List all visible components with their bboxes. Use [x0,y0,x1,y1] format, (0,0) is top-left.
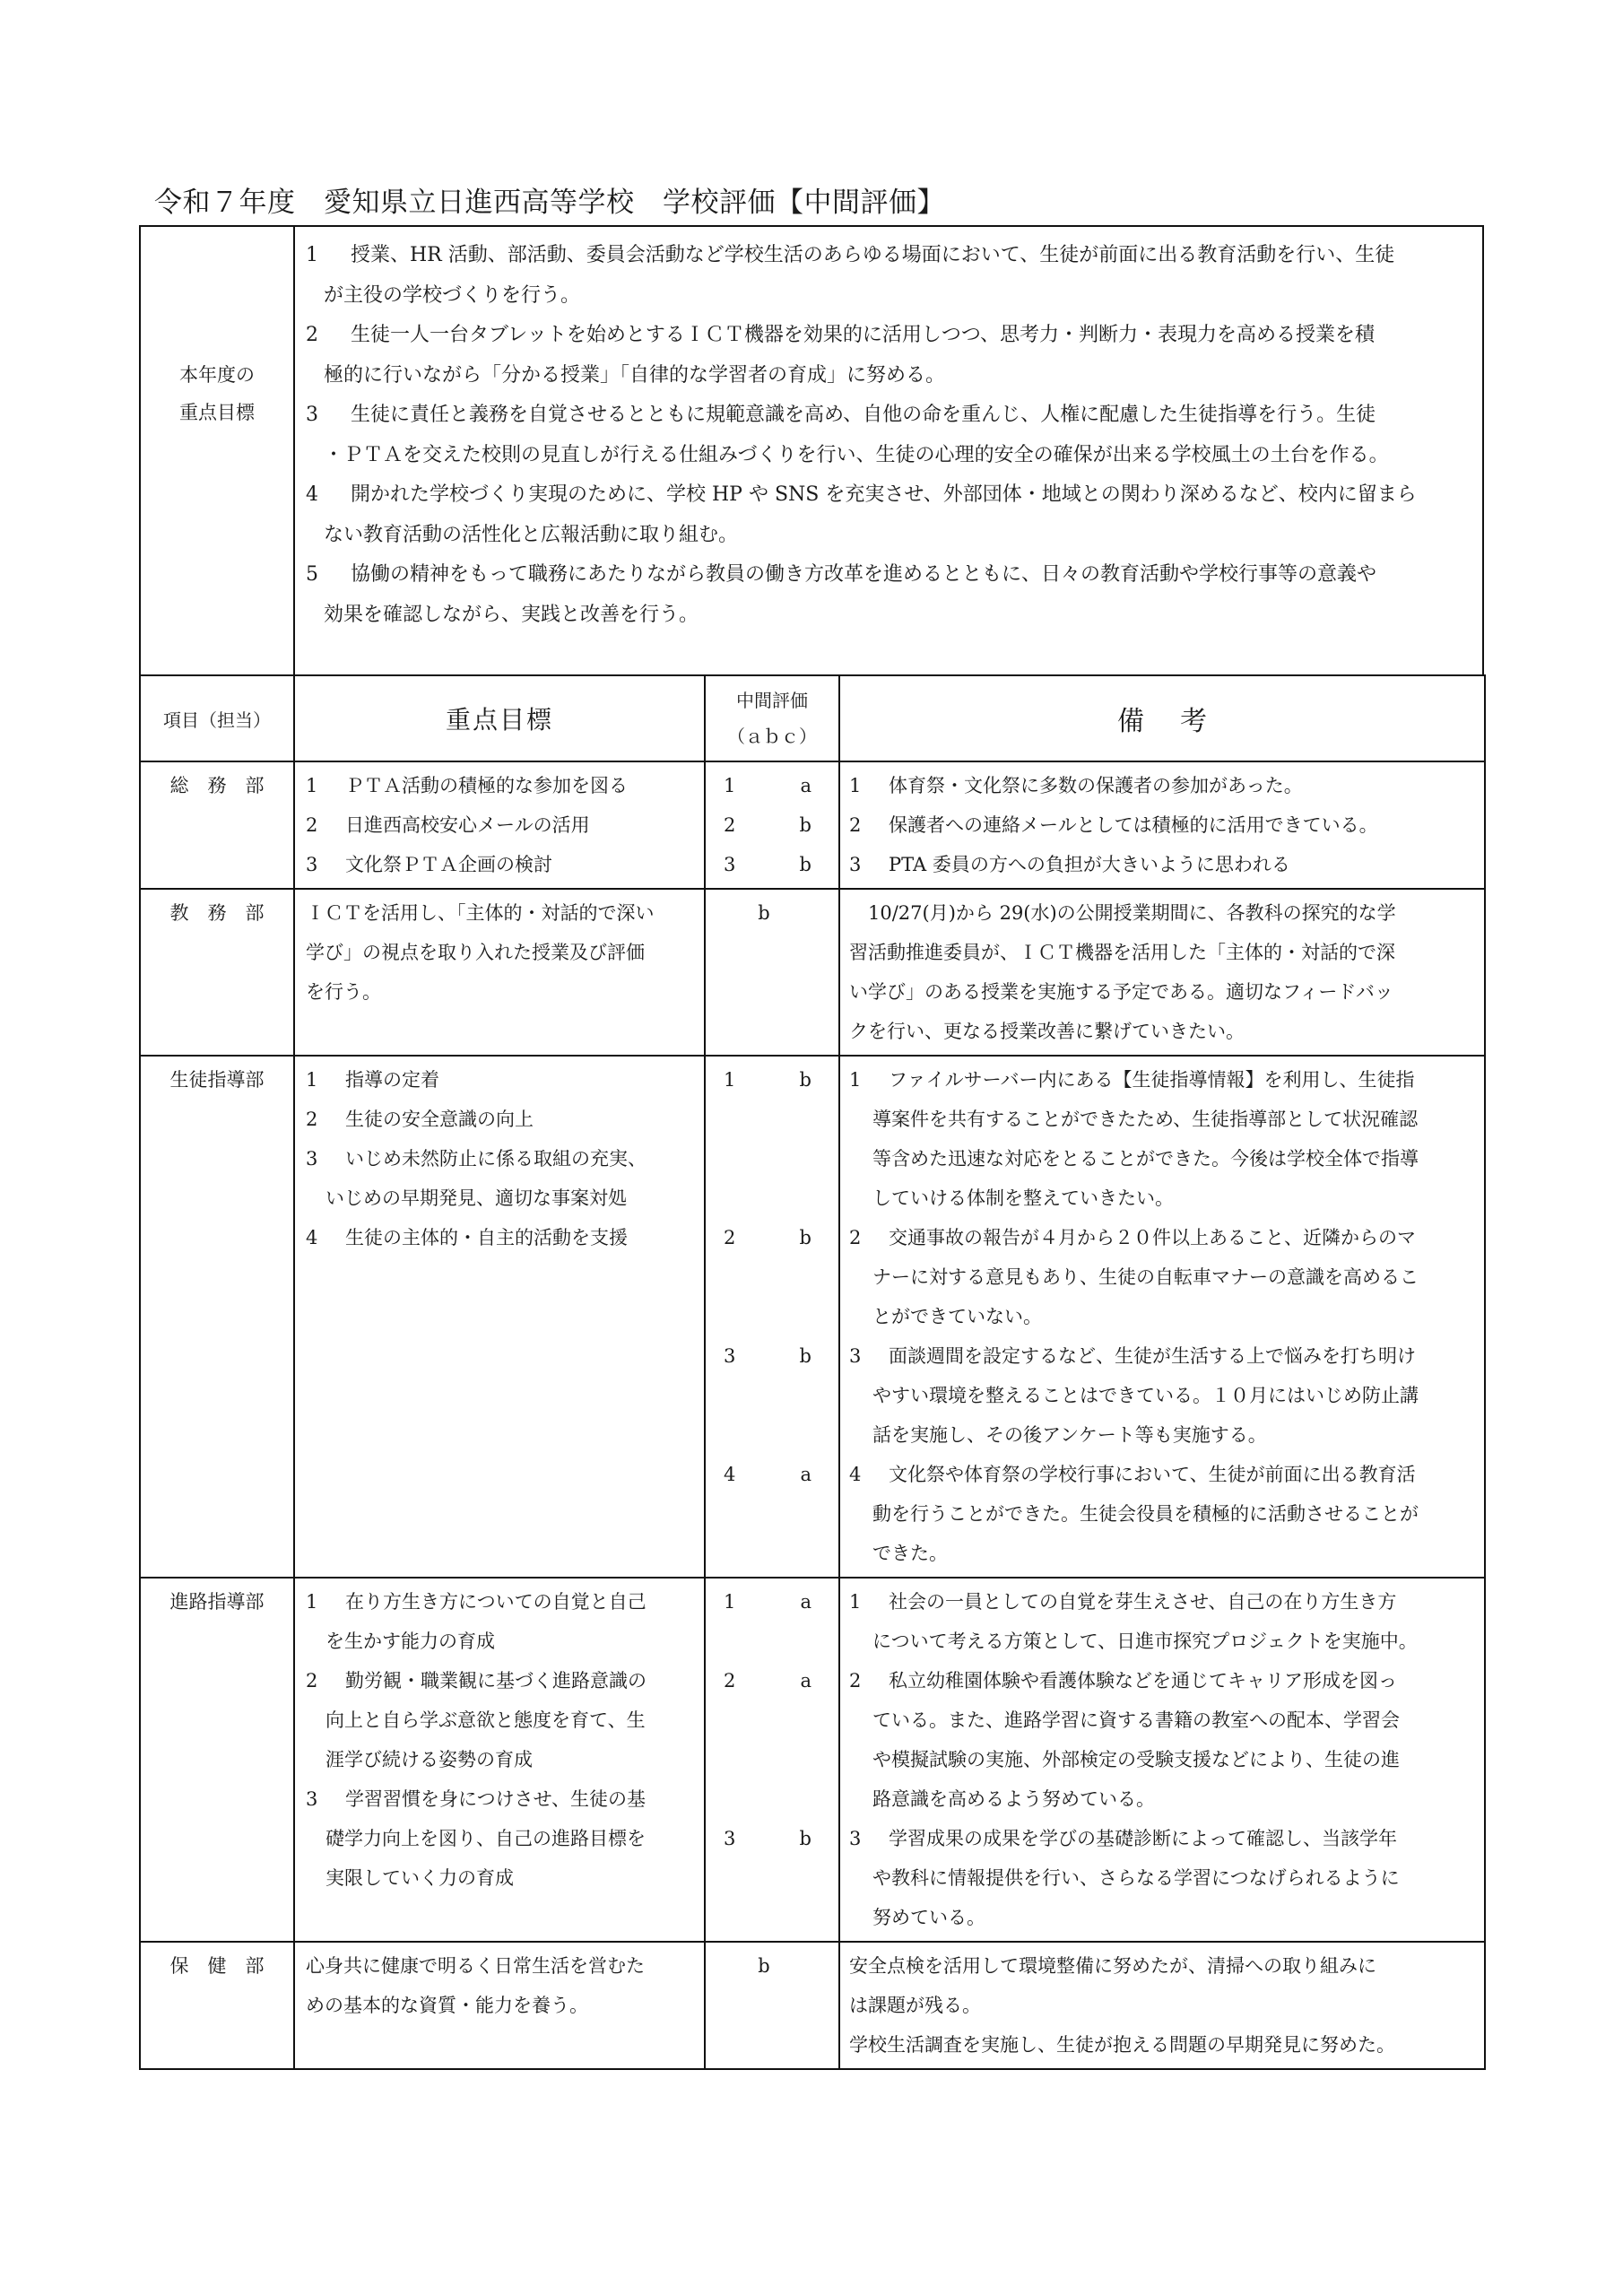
note-line: していける体制を整えていきたい。 [849,1178,1477,1218]
note-text: や模擬試験の実施、外部検定の受験支援などにより、生徒の進 [872,1749,1400,1770]
note-line: 3学習成果の成果を学びの基礎診断によって確認し、当該学年 [849,1819,1477,1858]
header-rating: 中間評価 （ａｂｃ） [705,675,839,761]
rating-value: b [800,1060,811,1100]
dept-cell: 教 務 部 [140,889,294,1056]
goal-line: 1ＰＴＡ活動の積極的な参加を図る [306,766,704,805]
rating-row [706,1740,838,1779]
note-text: について考える方策として、日進市探究プロジェクトを実施中。 [872,1631,1418,1652]
rating-value: b [800,1218,811,1257]
rating-row [706,1139,838,1178]
annual-goal-line: 2生徒一人一台タブレットを始めとするＩＣＴ機器を効果的に活用しつつ、思考力・判断… [306,316,1473,356]
goal-line: 向上と自ら学ぶ意欲と態度を育て、生 [306,1700,704,1740]
note-text: 文化祭や体育祭の学校行事において、生徒が前面に出る教育活 [889,1464,1416,1485]
goal-line: 1在り方生き方についての自覚と自己 [306,1582,704,1622]
note-number: 3 [849,1336,889,1376]
goal-text: 礎学力向上を図り、自己の進路目標を [325,1828,646,1849]
rating-number: 2 [724,1218,735,1257]
goal-line: を行う。 [306,972,704,1012]
rating-value: a [800,1582,811,1622]
notes-cell: 10/27(月)から 29(水)の公開授業期間に、各教科の探究的な学習活動推進委… [839,889,1485,1056]
rating-number: 2 [724,805,735,845]
rating-row: 4a [706,1455,838,1494]
rating-row: 3b [706,845,838,884]
goal-line: 3学習習慣を身につけさせ、生徒の基 [306,1779,704,1819]
item-number: 1 [306,1582,345,1622]
rating-row: 2b [706,1218,838,1257]
rating-row [706,1178,838,1218]
note-number: 2 [849,805,889,845]
goal-text: 学習習慣を身につけさせ、生徒の基 [345,1788,646,1810]
goal-text: 開かれた学校づくり実現のために、学校 HP や SNS を充実させ、外部団体・地… [351,483,1417,506]
note-line: 3PTA 委員の方への負担が大きいように思われる [849,845,1477,884]
header-rating-line2: （ａｂｃ） [706,718,838,754]
rating-number: 3 [724,1819,735,1858]
note-line: 2交通事故の報告が４月から２０件以上あること、近隣からのマ [849,1218,1477,1257]
note-number: 2 [849,1218,889,1257]
goal-text: が主役の学校づくりを行う。 [324,284,580,307]
goal-line: 3文化祭ＰＴＡ企画の検討 [306,845,704,884]
note-text: できた。 [872,1543,948,1564]
goal-text: を生かす能力の育成 [325,1631,495,1652]
goal-line: 学び」の視点を取り入れた授業及び評価 [306,933,704,972]
annual-goal-line: 5協働の精神をもって職務にあたりながら教員の働き方改革を進めるとともに、日々の教… [306,555,1473,596]
note-text: 安全点検を活用して環境整備に努めたが、清掃への取り組みに [849,1955,1376,1977]
item-number: 2 [306,1100,345,1139]
note-line: ている。また、進路学習に資する書籍の教室への配本、学習会 [849,1700,1477,1740]
goal-text: 生徒一人一台タブレットを始めとするＩＣＴ機器を効果的に活用しつつ、思考力・判断力… [351,324,1375,346]
goal-number: 1 [306,236,351,276]
rating-number: 1 [724,1060,735,1100]
goal-text: 協働の精神をもって職務にあたりながら教員の働き方改革を進めるとともに、日々の教育… [351,563,1376,586]
goal-number: 3 [306,396,351,436]
note-line: 等含めた迅速な対応をとることができた。今後は学校全体で指導 [849,1139,1477,1178]
note-text: 面談週間を設定するなど、生徒が生活する上で悩みを打ち明け [889,1345,1416,1367]
goal-line: いじめの早期発見、適切な事案対処 [306,1178,704,1218]
annual-goal-line: 1授業、HR 活動、部活動、委員会活動など学校生活のあらゆる場面において、生徒が… [306,236,1473,276]
item-number: 3 [306,1139,345,1178]
goal-text: 効果を確認しながら、実践と改善を行う。 [324,604,699,626]
note-line: 10/27(月)から 29(水)の公開授業期間に、各教科の探究的な学 [849,893,1477,933]
item-number: 1 [306,1060,345,1100]
note-text: とができていない。 [872,1306,1042,1327]
goal-text: 心身共に健康で明るく日常生活を営むた [306,1955,645,1977]
note-line: クを行い、更なる授業改善に繋げていきたい。 [849,1012,1477,1051]
item-number: 4 [306,1218,345,1257]
goal-text: 勤労観・職業観に基づく進路意識の [345,1670,647,1692]
annual-goals-label: 本年度の 重点目標 [141,227,295,674]
rating-cell: b [705,1942,839,2069]
goal-line: 3いじめ未然防止に係る取組の充実、 [306,1139,704,1178]
goal-text: ない教育活動の活性化と広報活動に取り組む。 [324,524,738,546]
note-line: 1ファイルサーバー内にある【生徒指導情報】を利用し、生徒指 [849,1060,1477,1100]
rating-value: b [800,805,811,845]
note-text: 私立幼稚園体験や看護体験などを通じてキャリア形成を図っ [889,1670,1397,1692]
goal-text: 涯学び続ける姿勢の育成 [325,1749,533,1770]
note-text: 路意識を高めるよう努めている。 [872,1788,1155,1810]
goal-line: 2生徒の安全意識の向上 [306,1100,704,1139]
annual-goals-label-line1: 本年度の [141,361,293,388]
note-line: とができていない。 [849,1297,1477,1336]
item-number: 3 [306,845,345,884]
goal-text: 向上と自ら学ぶ意欲と態度を育て、生 [325,1709,646,1731]
goal-text: 生徒に責任と義務を自覚させるとともに規範意識を高め、自他の命を重んじ、人権に配慮… [351,404,1376,426]
goal-text: 日進西高校安心メールの活用 [345,814,590,836]
notes-cell: 1体育祭・文化祭に多数の保護者の参加があった。2保護者への連絡メールとしては積極… [839,761,1485,889]
dept-cell: 生徒指導部 [140,1056,294,1578]
goal-number: 4 [306,475,351,516]
goal-line: 礎学力向上を図り、自己の進路目標を [306,1819,704,1858]
rating-row [706,1779,838,1819]
rating-value: a [800,1661,811,1700]
rating-value: a [800,1455,811,1494]
note-line: 努めている。 [849,1898,1477,1937]
goal-text: 在り方生き方についての自覚と自己 [345,1591,647,1613]
note-line: や教科に情報提供を行い、さらなる学習につなげられるように [849,1858,1477,1898]
note-text: 努めている。 [872,1907,985,1928]
rating-cell: 1b2b3b4a [705,1056,839,1578]
note-line: ナーに対する意見もあり、生徒の自転車マナーの意識を高めるこ [849,1257,1477,1297]
goal-text: 極的に行いながら「分かる授業」「自律的な学習者の育成」に努める。 [324,364,945,387]
annual-goal-line: 4開かれた学校づくり実現のために、学校 HP や SNS を充実させ、外部団体・… [306,475,1473,516]
rating-row [706,1622,838,1661]
note-line: 安全点検を活用して環境整備に努めたが、清掃への取り組みに [849,1946,1477,1986]
annual-goals-box: 本年度の 重点目標 1授業、HR 活動、部活動、委員会活動など学校生活のあらゆる… [139,225,1484,676]
goal-line: 実限していく力の育成 [306,1858,704,1898]
note-number: 1 [849,766,889,805]
goal-text: 生徒の安全意識の向上 [345,1109,534,1130]
item-number: 2 [306,1661,345,1700]
goal-line: 4生徒の主体的・自主的活動を支援 [306,1218,704,1257]
rating-number: 3 [724,845,735,884]
note-line: について考える方策として、日進市探究プロジェクトを実施中。 [849,1622,1477,1661]
goal-line: めの基本的な資質・能力を養う。 [306,1986,704,2025]
note-line: 1社会の一員としての自覚を芽生えさせ、自己の在り方生き方 [849,1582,1477,1622]
note-line: 4文化祭や体育祭の学校行事において、生徒が前面に出る教育活 [849,1455,1477,1494]
annual-goal-line: が主役の学校づくりを行う。 [306,276,1473,317]
rating-row: 2b [706,805,838,845]
header-rating-line1: 中間評価 [706,683,838,718]
table-row: 進路指導部1在り方生き方についての自覚と自己を生かす能力の育成2勤労観・職業観に… [140,1578,1485,1942]
rating-row: 2a [706,1661,838,1700]
note-line: 2保護者への連絡メールとしては積極的に活用できている。 [849,805,1477,845]
rating-row [706,1100,838,1139]
note-line: 学校生活調査を実施し、生徒が抱える問題の早期発見に努めた。 [849,2025,1477,2065]
dept-cell: 保 健 部 [140,1942,294,2069]
table-row: 教 務 部ＩＣＴを活用し、「主体的・対話的で深い学び」の視点を取り入れた授業及び… [140,889,1485,1056]
rating-row: 1a [706,1582,838,1622]
dept-cell: 進路指導部 [140,1578,294,1942]
goal-text: 指導の定着 [345,1069,439,1091]
goal-line: 1指導の定着 [306,1060,704,1100]
note-line: 習活動推進委員が、ＩＣＴ機器を活用した「主体的・対話的で深 [849,933,1477,972]
goal-text: を行う。 [306,981,381,1003]
note-number: 1 [849,1582,889,1622]
rating-number: 2 [724,1661,735,1700]
rating-number: 1 [724,1582,735,1622]
note-text: は課題が残る。 [849,1995,981,2016]
notes-cell: 1ファイルサーバー内にある【生徒指導情報】を利用し、生徒指導案件を共有することが… [839,1056,1485,1578]
note-number: 1 [849,1060,889,1100]
header-dept: 項目（担当） [140,675,294,761]
table-row: 総 務 部1ＰＴＡ活動の積極的な参加を図る2日進西高校安心メールの活用3文化祭Ｐ… [140,761,1485,889]
note-text: ファイルサーバー内にある【生徒指導情報】を利用し、生徒指 [889,1069,1415,1091]
note-text: 等含めた迅速な対応をとることができた。今後は学校全体で指導 [872,1148,1419,1170]
page-title: 令和７年度 愛知県立日進西高等学校 学校評価【中間評価】 [154,185,945,221]
rating-row [706,1415,838,1455]
goal-cell: 1ＰＴＡ活動の積極的な参加を図る2日進西高校安心メールの活用3文化祭ＰＴＡ企画の… [294,761,705,889]
goal-text: 授業、HR 活動、部活動、委員会活動など学校生活のあらゆる場面において、生徒が前… [351,244,1394,266]
goal-text: 生徒の主体的・自主的活動を支援 [345,1227,628,1248]
goal-cell: 1在り方生き方についての自覚と自己を生かす能力の育成2勤労観・職業観に基づく進路… [294,1578,705,1942]
evaluation-table: 項目（担当） 重点目標 中間評価 （ａｂｃ） 備考 総 務 部1ＰＴＡ活動の積極… [139,674,1486,2070]
rating-row: 1a [706,766,838,805]
rating-row [706,1297,838,1336]
note-line: 2私立幼稚園体験や看護体験などを通じてキャリア形成を図っ [849,1661,1477,1700]
item-number: 2 [306,805,345,845]
note-text: クを行い、更なる授業改善に繋げていきたい。 [849,1021,1245,1042]
rating-value: b [800,845,811,884]
goal-text: 学び」の視点を取り入れた授業及び評価 [306,942,645,963]
header-notes: 備考 [839,675,1485,761]
goal-text: 実限していく力の育成 [325,1867,514,1889]
note-line: 導案件を共有することができたため、生徒指導部として状況確認 [849,1100,1477,1139]
note-text: い学び」のある授業を実施する予定である。適切なフィードバッ [849,981,1393,1003]
note-text: 話を実施し、その後アンケート等も実施する。 [872,1424,1267,1446]
goal-text: いじめの早期発見、適切な事案対処 [325,1187,627,1209]
note-line: い学び」のある授業を実施する予定である。適切なフィードバッ [849,972,1477,1012]
note-text: PTA 委員の方への負担が大きいように思われる [889,854,1290,875]
goal-line: を生かす能力の育成 [306,1622,704,1661]
note-text: ている。また、進路学習に資する書籍の教室への配本、学習会 [872,1709,1400,1731]
note-text: やすい環境を整えることはできている。１０月にはいじめ防止講 [872,1385,1419,1406]
note-line: 1体育祭・文化祭に多数の保護者の参加があった。 [849,766,1477,805]
annual-goal-line: ・ＰＴＡを交えた校則の見直しが行える仕組みづくりを行い、生徒の心理的安全の確保が… [306,436,1473,476]
note-line: 路意識を高めるよう努めている。 [849,1779,1477,1819]
goal-text: いじめ未然防止に係る取組の充実、 [345,1148,647,1170]
note-text: 交通事故の報告が４月から２０件以上あること、近隣からのマ [889,1227,1416,1248]
dept-cell: 総 務 部 [140,761,294,889]
table-header-row: 項目（担当） 重点目標 中間評価 （ａｂｃ） 備考 [140,675,1485,761]
note-text: 動を行うことができた。生徒会役員を積極的に活動させることが [872,1503,1419,1525]
note-text: 保護者への連絡メールとしては積極的に活用できている。 [889,814,1378,836]
goal-cell: 1指導の定着2生徒の安全意識の向上3いじめ未然防止に係る取組の充実、いじめの早期… [294,1056,705,1578]
note-text: ナーに対する意見もあり、生徒の自転車マナーの意識を高めるこ [872,1266,1419,1288]
goal-line: 心身共に健康で明るく日常生活を営むた [306,1946,704,1986]
goal-cell: 心身共に健康で明るく日常生活を営むための基本的な資質・能力を養う。 [294,1942,705,2069]
notes-cell: 1社会の一員としての自覚を芽生えさせ、自己の在り方生き方について考える方策として… [839,1578,1485,1942]
goal-number: 2 [306,316,351,356]
note-text: 学校生活調査を実施し、生徒が抱える問題の早期発見に努めた。 [849,2034,1395,2056]
rating-number: 1 [724,766,735,805]
annual-goal-line: 効果を確認しながら、実践と改善を行う。 [306,596,1473,636]
note-text: 体育祭・文化祭に多数の保護者の参加があった。 [889,775,1303,796]
annual-goal-line: 3生徒に責任と義務を自覚させるとともに規範意識を高め、自他の命を重んじ、人権に配… [306,396,1473,436]
goal-line: ＩＣＴを活用し、「主体的・対話的で深い [306,893,704,933]
rating-cell: 1a2a3b [705,1578,839,1942]
notes-cell: 安全点検を活用して環境整備に努めたが、清掃への取り組みには課題が残る。学校生活調… [839,1942,1485,2069]
rating-value: b [800,1336,811,1376]
goal-text: ＰＴＡ活動の積極的な参加を図る [345,775,628,796]
note-text: していける体制を整えていきたい。 [872,1187,1174,1209]
note-number: 3 [849,845,889,884]
rating-number: 3 [724,1336,735,1376]
note-text: 社会の一員としての自覚を芽生えさせ、自己の在り方生き方 [889,1591,1396,1613]
note-text: 導案件を共有することができたため、生徒指導部として状況確認 [872,1109,1418,1130]
note-line: 動を行うことができた。生徒会役員を積極的に活動させることが [849,1494,1477,1534]
note-text: 習活動推進委員が、ＩＣＴ機器を活用した「主体的・対話的で深 [849,942,1395,963]
note-number: 3 [849,1819,889,1858]
rating-row: 3b [706,1336,838,1376]
rating-row [706,1376,838,1415]
goal-line: 2日進西高校安心メールの活用 [306,805,704,845]
rating-value: a [800,766,811,805]
rating-row [706,1257,838,1297]
note-line: できた。 [849,1534,1477,1573]
note-text: 学習成果の成果を学びの基礎診断によって確認し、当該学年 [889,1828,1397,1849]
annual-goal-line: 極的に行いながら「分かる授業」「自律的な学習者の育成」に努める。 [306,356,1473,396]
note-line: 3面談週間を設定するなど、生徒が生活する上で悩みを打ち明け [849,1336,1477,1376]
goal-text: ＩＣＴを活用し、「主体的・対話的で深い [306,902,655,924]
goal-text: めの基本的な資質・能力を養う。 [306,1995,588,2016]
rating-cell: 1a2b3b [705,761,839,889]
note-line: やすい環境を整えることはできている。１０月にはいじめ防止講 [849,1376,1477,1415]
rating-cell: b [705,889,839,1056]
note-line: や模擬試験の実施、外部検定の受験支援などにより、生徒の進 [849,1740,1477,1779]
rating-value: b [800,1819,811,1858]
note-text: 10/27(月)から 29(水)の公開授業期間に、各教科の探究的な学 [849,902,1396,924]
annual-goals-list: 1授業、HR 活動、部活動、委員会活動など学校生活のあらゆる場面において、生徒が… [306,236,1473,635]
goal-text: 文化祭ＰＴＡ企画の検討 [345,854,552,875]
note-line: は課題が残る。 [849,1986,1477,2025]
item-number: 1 [306,766,345,805]
rating-row: 1b [706,1060,838,1100]
table-row: 生徒指導部1指導の定着2生徒の安全意識の向上3いじめ未然防止に係る取組の充実、い… [140,1056,1485,1578]
goal-text: ・ＰＴＡを交えた校則の見直しが行える仕組みづくりを行い、生徒の心理的安全の確保が… [324,444,1389,466]
note-line: 話を実施し、その後アンケート等も実施する。 [849,1415,1477,1455]
annual-goals-label-line2: 重点目標 [141,399,293,426]
goal-number: 5 [306,555,351,596]
rating-row [706,1700,838,1740]
note-number: 2 [849,1661,889,1700]
rating-row: 3b [706,1819,838,1858]
header-goal: 重点目標 [294,675,705,761]
goal-line: 涯学び続ける姿勢の育成 [306,1740,704,1779]
goal-line: 2勤労観・職業観に基づく進路意識の [306,1661,704,1700]
annual-goal-line: ない教育活動の活性化と広報活動に取り組む。 [306,516,1473,556]
rating-number: 4 [724,1455,735,1494]
note-text: や教科に情報提供を行い、さらなる学習につなげられるように [872,1867,1400,1889]
item-number: 3 [306,1779,345,1819]
note-number: 4 [849,1455,889,1494]
goal-cell: ＩＣＴを活用し、「主体的・対話的で深い学び」の視点を取り入れた授業及び評価を行う… [294,889,705,1056]
table-row: 保 健 部心身共に健康で明るく日常生活を営むための基本的な資質・能力を養う。b安… [140,1942,1485,2069]
